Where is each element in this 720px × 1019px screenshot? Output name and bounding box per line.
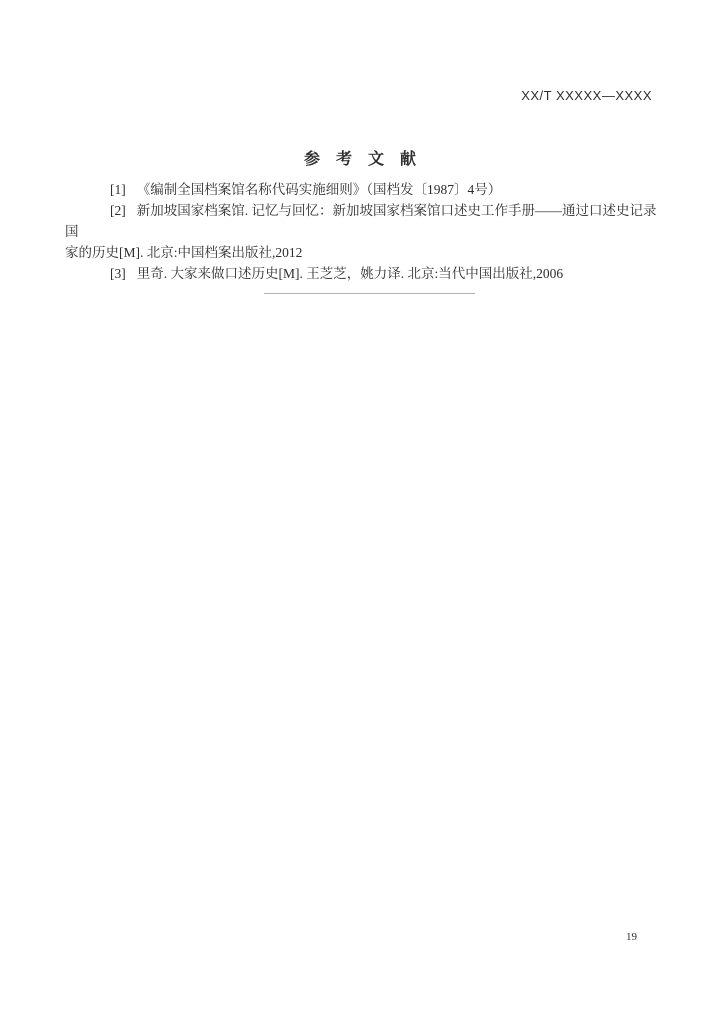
references-list: [1]《编制全国档案馆名称代码实施细则》（国档发〔1987〕4号） [2]新加坡… bbox=[65, 179, 665, 284]
end-of-document-divider bbox=[264, 293, 475, 294]
reference-text: 《编制全国档案馆名称代码实施细则》（国档发〔1987〕4号） bbox=[137, 182, 502, 197]
reference-marker: [1] bbox=[110, 182, 126, 197]
reference-item-3: [3]里奇. 大家来做口述历史[M]. 王芝芝，姚力译. 北京:当代中国出版社,… bbox=[65, 263, 665, 284]
reference-item-1: [1]《编制全国档案馆名称代码实施细则》（国档发〔1987〕4号） bbox=[65, 179, 665, 200]
document-page: XX/T XXXXX—XXXX 参 考 文 献 [1]《编制全国档案馆名称代码实… bbox=[0, 0, 720, 1019]
reference-marker: [3] bbox=[110, 266, 126, 281]
reference-text: 新加坡国家档案馆. 记忆与回忆：新加坡国家档案馆口述史工作手册——通过口述史记录… bbox=[65, 203, 657, 239]
references-title: 参 考 文 献 bbox=[0, 146, 720, 169]
reference-text: 家的历史[M]. 北京:中国档案出版社,2012 bbox=[65, 245, 302, 260]
reference-item-2: [2]新加坡国家档案馆. 记忆与回忆：新加坡国家档案馆口述史工作手册——通过口述… bbox=[65, 200, 665, 242]
reference-text: 里奇. 大家来做口述历史[M]. 王芝芝，姚力译. 北京:当代中国出版社,200… bbox=[137, 266, 563, 281]
page-number: 19 bbox=[626, 931, 637, 943]
reference-marker: [2] bbox=[110, 203, 126, 218]
standard-code-header: XX/T XXXXX—XXXX bbox=[521, 88, 652, 103]
reference-item-2-continuation: 家的历史[M]. 北京:中国档案出版社,2012 bbox=[65, 242, 665, 263]
